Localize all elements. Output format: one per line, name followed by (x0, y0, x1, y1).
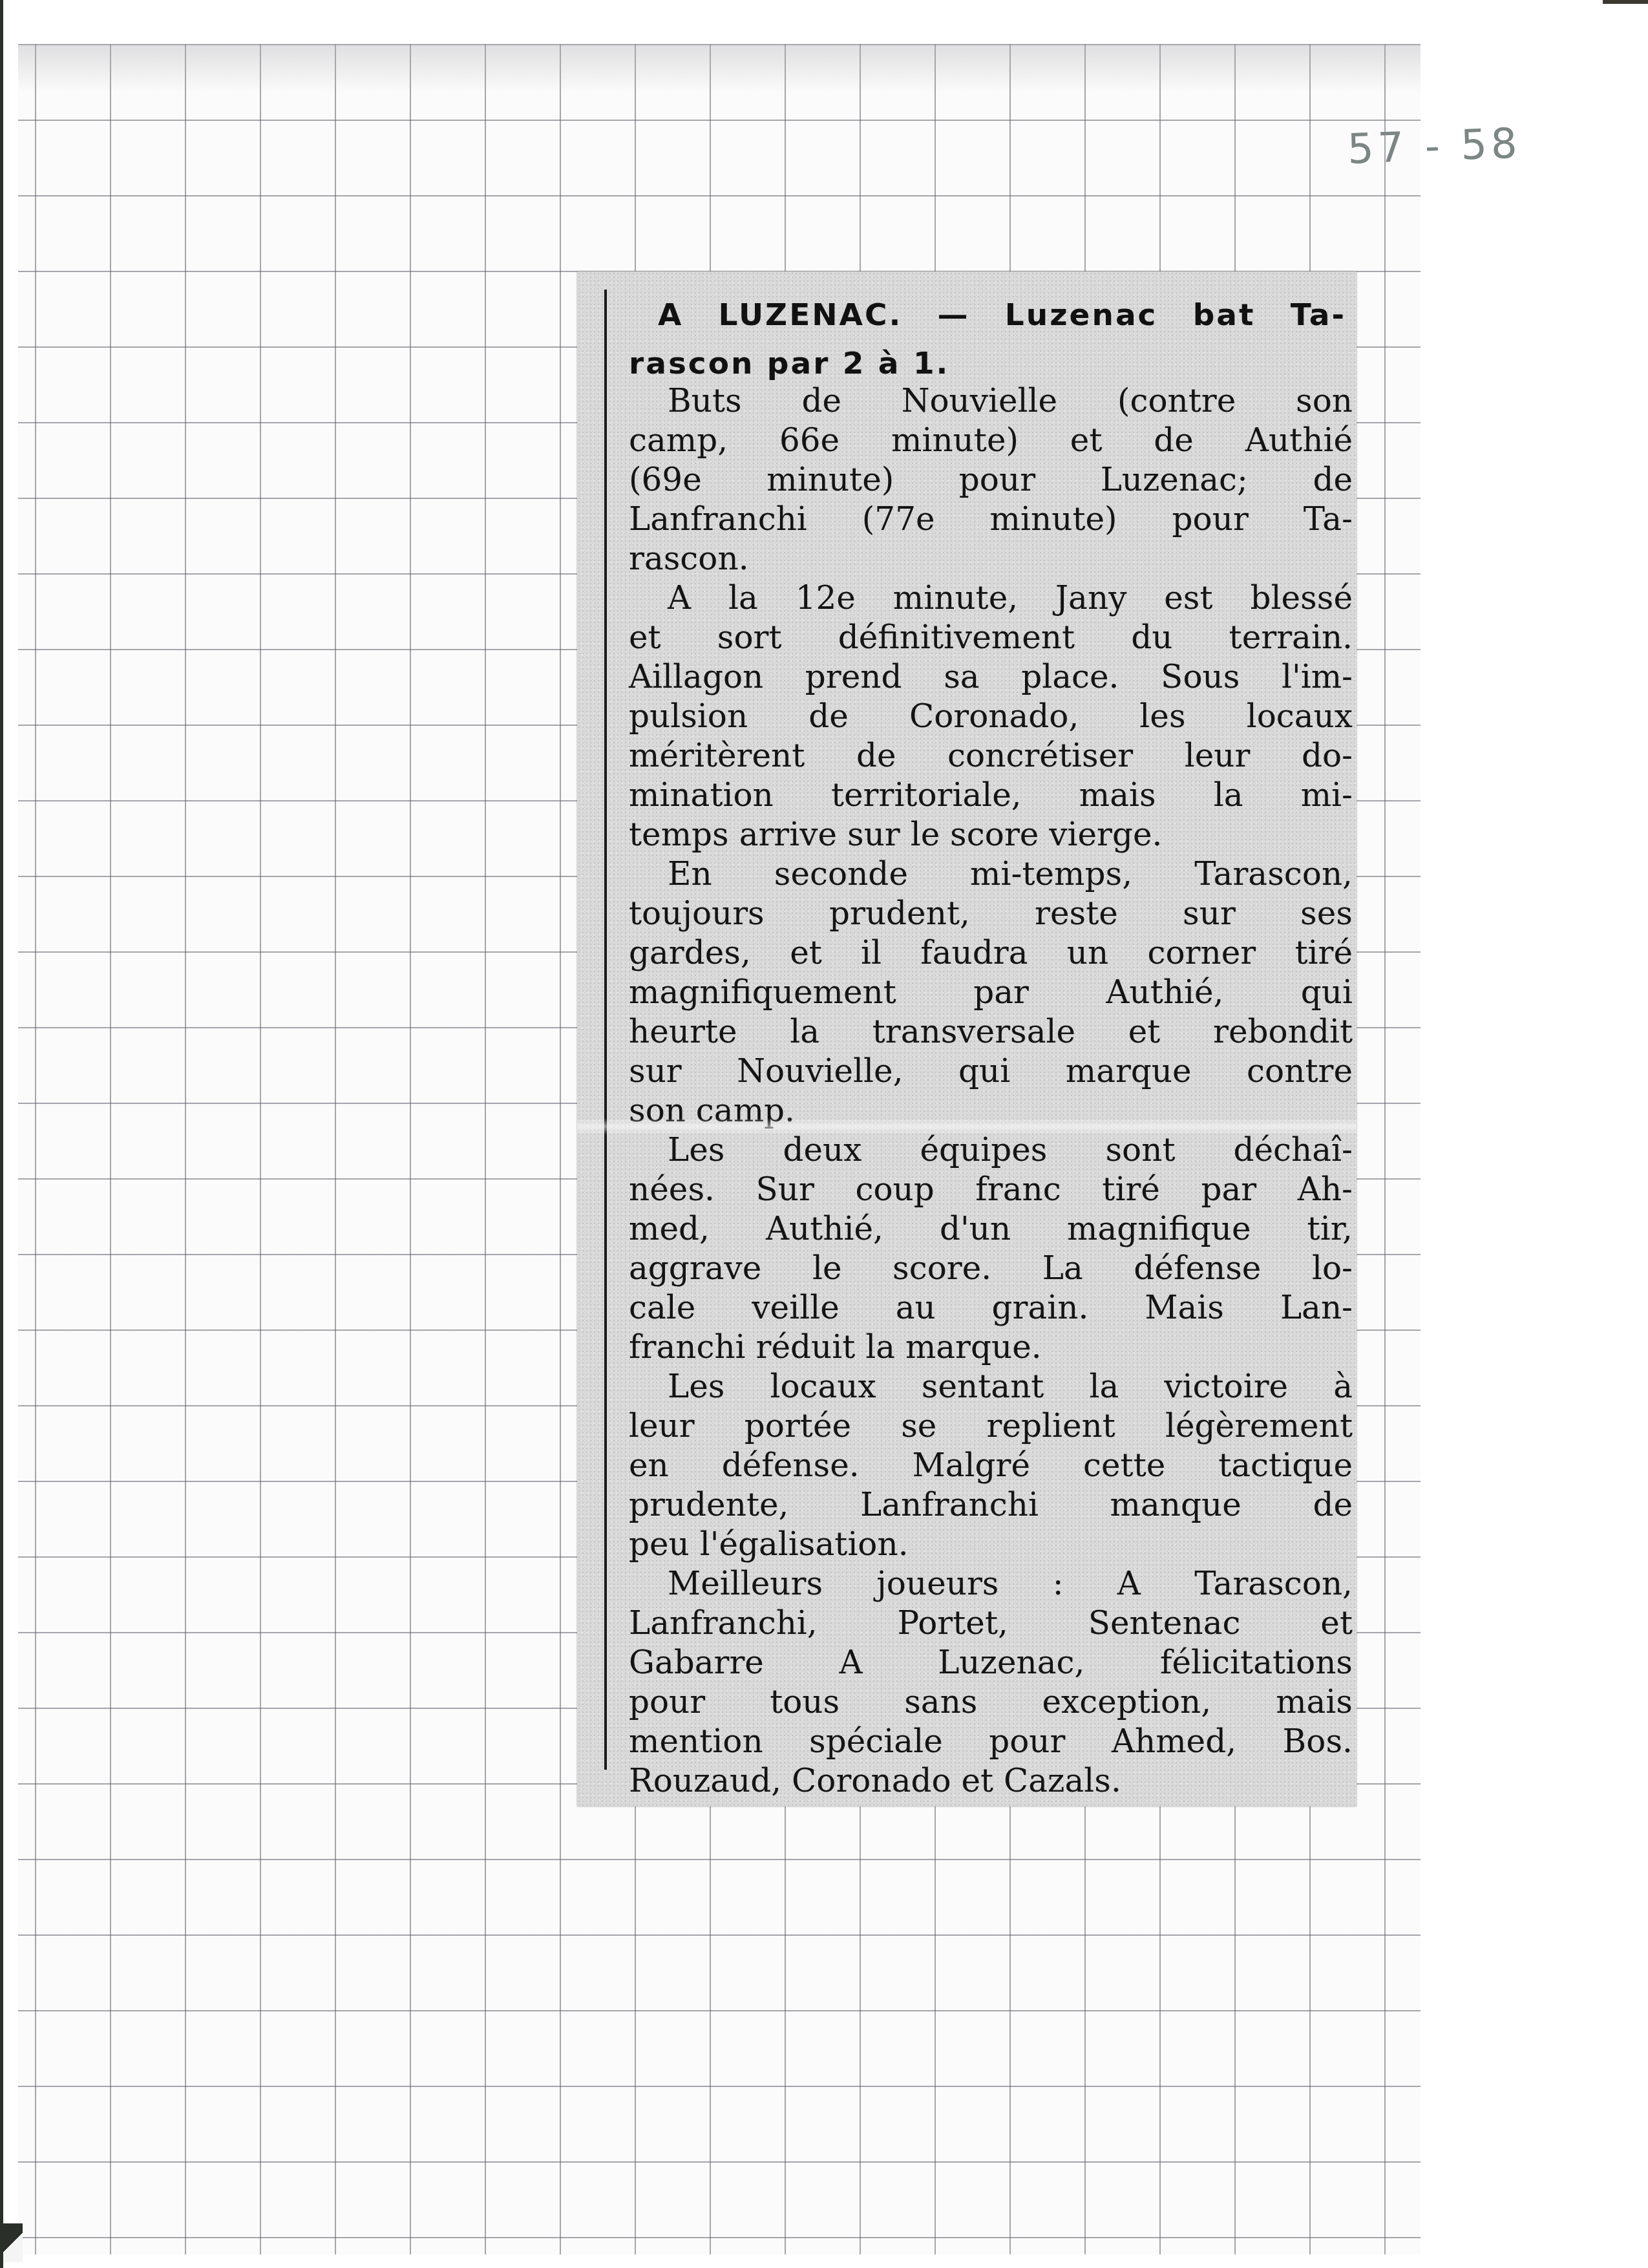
article-paragraph: Buts de Nouvielle (contre soncamp, 66e m… (629, 381, 1353, 578)
article-line: Gabarre A Luzenac, félicitations (629, 1643, 1353, 1682)
article-line: et sort définitivement du terrain. (629, 618, 1353, 657)
article-line: Aillagon prend sa place. Sous l'im- (629, 657, 1353, 697)
article-line: toujours prudent, reste sur ses (629, 894, 1353, 933)
newspaper-clipping: A LUZENAC. — Luzenac bat Ta- rascon par … (577, 271, 1357, 1807)
article-line: pour tous sans exception, mais (629, 1682, 1353, 1722)
article-line: Les locaux sentant la victoire à (629, 1367, 1353, 1406)
article-line: Lanfranchi, Portet, Sentenac et (629, 1604, 1353, 1643)
handwritten-page-number: 57 - 58 (1347, 120, 1522, 173)
article-line: peu l'égalisation. (629, 1525, 1353, 1564)
article-paragraph: Les locaux sentant la victoire àleur por… (629, 1367, 1353, 1564)
article-line: prudente, Lanfranchi manque de (629, 1485, 1353, 1525)
article-paragraph: A la 12e minute, Jany est blesséet sort … (629, 578, 1353, 854)
page-corner-curl (3, 2223, 23, 2262)
article-line: pulsion de Coronado, les locaux (629, 697, 1353, 736)
headline-line: A LUZENAC. — Luzenac bat Ta- (629, 291, 1346, 339)
article-line: leur portée se replient légèrement (629, 1406, 1353, 1446)
sheet-shadow (18, 44, 1421, 92)
article-line: camp, 66e minute) et de Authié (629, 421, 1353, 460)
article-line: med, Authié, d'un magnifique tir, (629, 1209, 1353, 1249)
article-line: magnifiquement par Authié, qui (629, 973, 1353, 1012)
scanner-edge (1603, 0, 1648, 4)
article-line: franchi réduit la marque. (629, 1328, 1353, 1367)
article-line: En seconde mi-temps, Tarascon, (629, 854, 1353, 894)
article-line: mention spéciale pour Ahmed, Bos. (629, 1722, 1353, 1761)
article-line: Buts de Nouvielle (contre son (629, 381, 1353, 421)
article-headline: A LUZENAC. — Luzenac bat Ta- rascon par … (629, 291, 1346, 388)
article-line: mination territoriale, mais la mi- (629, 776, 1353, 815)
article-line: cale veille au grain. Mais Lan- (629, 1288, 1353, 1328)
scanner-edge (0, 0, 3, 2268)
article-line: (69e minute) pour Luzenac; de (629, 460, 1353, 500)
article-line: temps arrive sur le score vierge. (629, 815, 1353, 854)
article-paragraph: Meilleurs joueurs : A Tarascon,Lanfranch… (629, 1564, 1353, 1801)
article-body: Buts de Nouvielle (contre soncamp, 66e m… (629, 381, 1353, 1801)
headline-line: rascon par 2 à 1. (629, 339, 1346, 388)
article-paragraph: Les deux équipes sont déchaî-nées. Sur c… (629, 1130, 1353, 1367)
article-line: méritèrent de concrétiser leur do- (629, 736, 1353, 776)
column-rule (604, 290, 607, 1770)
article-line: gardes, et il faudra un corner tiré (629, 933, 1353, 973)
article-line: A la 12e minute, Jany est blessé (629, 578, 1353, 618)
article-line: Lanfranchi (77e minute) pour Ta- (629, 500, 1353, 539)
article-line: heurte la transversale et rebondit (629, 1012, 1353, 1052)
article-line: rascon. (629, 539, 1353, 578)
article-line: sur Nouvielle, qui marque contre (629, 1052, 1353, 1091)
article-line: Les deux équipes sont déchaî- (629, 1130, 1353, 1170)
article-line: nées. Sur coup franc tiré par Ah- (629, 1170, 1353, 1209)
article-line: Meilleurs joueurs : A Tarascon, (629, 1564, 1353, 1604)
article-paragraph: En seconde mi-temps, Tarascon,toujours p… (629, 854, 1353, 1130)
paper-fold (577, 1118, 1357, 1135)
article-line: en défense. Malgré cette tactique (629, 1446, 1353, 1485)
article-line: Rouzaud, Coronado et Cazals. (629, 1761, 1353, 1801)
article-line: aggrave le score. La défense lo- (629, 1249, 1353, 1288)
